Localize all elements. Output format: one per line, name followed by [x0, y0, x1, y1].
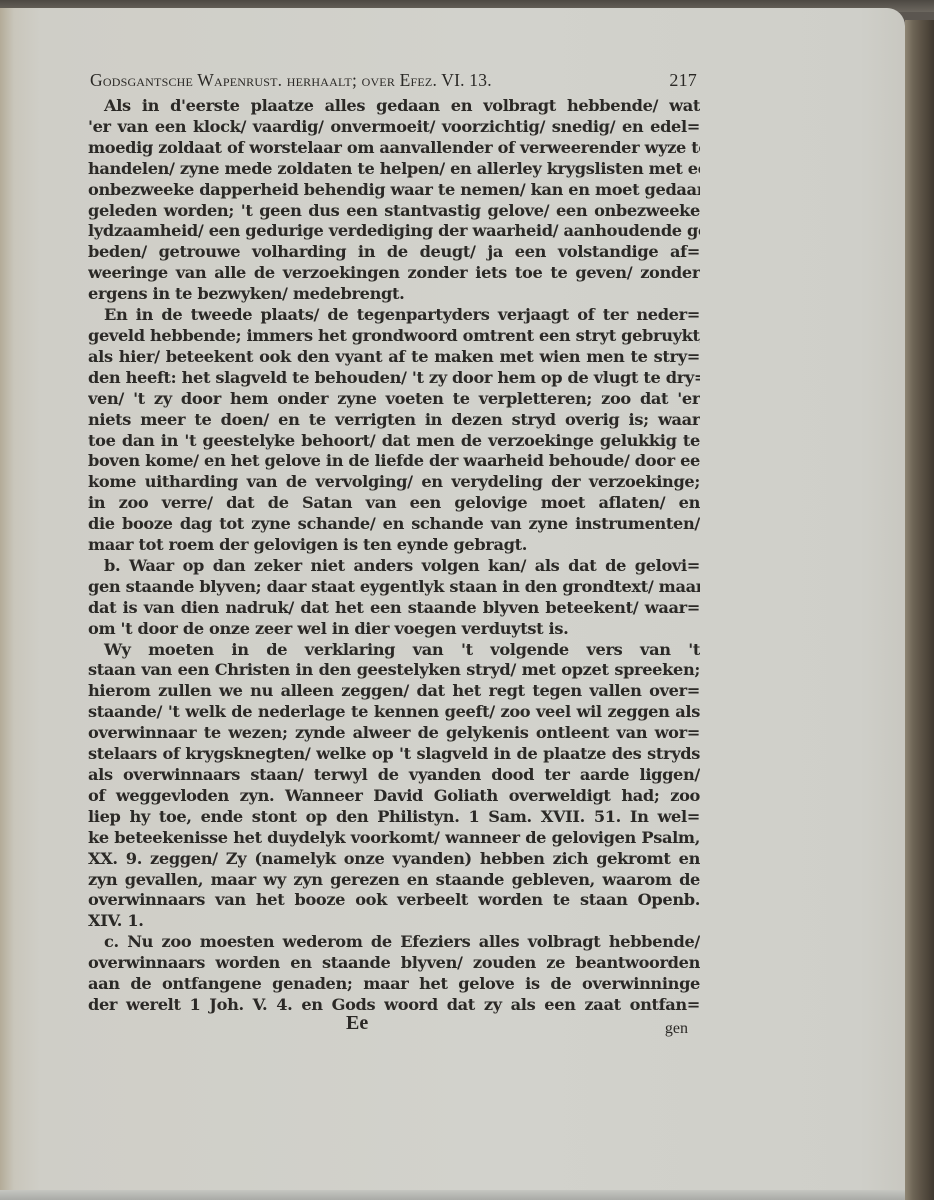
text-line: Wy moeten in de verklaring van 't volgen…: [88, 640, 700, 661]
signature-mark: Ee: [346, 1012, 368, 1035]
running-header-title: Godsgantsche Wapenrust. herhaalt; over E…: [90, 70, 492, 91]
text-line: XX. 9. zeggen/ Zy (namelyk onze vyanden)…: [88, 849, 700, 870]
text-line: in zoo verre/ dat de Satan van een gelov…: [88, 493, 700, 514]
text-line: stelaars of krygsknegten/ welke op 't sl…: [88, 744, 700, 765]
text-line: boven kome/ en het gelove in de liefde d…: [88, 451, 700, 472]
text-line: aan de ontfangene genaden; maar het gelo…: [88, 974, 700, 995]
book-binding-edge: [905, 20, 934, 1200]
text-line: als hier/ beteekent ook den vyant af te …: [88, 347, 700, 368]
text-line: om 't door de onze zeer wel in dier voeg…: [88, 619, 700, 640]
text-line: overwinnaars van het booze ook verbeelt …: [88, 890, 700, 911]
text-line: hierom zullen we nu alleen zeggen/ dat h…: [88, 681, 700, 702]
text-line: staande/ 't welk de nederlage te kennen …: [88, 702, 700, 723]
text-line: staan van een Christen in den geestelyke…: [88, 660, 700, 681]
page-footer: Ee gen: [88, 1012, 700, 1042]
text-line: onbezweeke dapperheid behendig waar te n…: [88, 180, 700, 201]
text-line: geveld hebbende; immers het grondwoord o…: [88, 326, 700, 347]
text-line: moedig zoldaat of worstelaar om aanvalle…: [88, 138, 700, 159]
text-line: lydzaamheid/ een gedurige verdediging de…: [88, 221, 700, 242]
body-text: Als in d'eerste plaatze alles gedaan en …: [88, 96, 700, 1016]
text-line: ke beteekenisse het duydelyk voorkomt/ w…: [88, 828, 700, 849]
text-line: liep hy toe, ende stont op den Philistyn…: [88, 807, 700, 828]
text-line: niets meer te doen/ en te verrigten in d…: [88, 410, 700, 431]
text-line: geleden worden; 't geen dus een stantvas…: [88, 201, 700, 222]
text-line: c. Nu zoo moesten wederom de Efeziers al…: [88, 932, 700, 953]
text-line: XIV. 1.: [88, 911, 700, 932]
text-line: beden/ getrouwe volharding in de deugt/ …: [88, 242, 700, 263]
text-line: zyn gevallen, maar wy zyn gerezen en sta…: [88, 870, 700, 891]
text-line: maar tot roem der gelovigen is ten eynde…: [88, 535, 700, 556]
text-line: die booze dag tot zyne schande/ en schan…: [88, 514, 700, 535]
text-line: toe dan in 't geestelyke behoort/ dat me…: [88, 431, 700, 452]
text-line: Als in d'eerste plaatze alles gedaan en …: [88, 96, 700, 117]
text-line: ergens in te bezwyken/ medebrengt.: [88, 284, 700, 305]
text-line: ven/ 't zy door hem onder zyne voeten te…: [88, 389, 700, 410]
text-line: of weggevloden zyn. Wanneer David Goliat…: [88, 786, 700, 807]
text-line: den heeft: het slagveld te behouden/ 't …: [88, 368, 700, 389]
text-line: b. Waar op dan zeker niet anders volgen …: [88, 556, 700, 577]
text-line: kome uitharding van de vervolging/ en ve…: [88, 472, 700, 493]
text-line: 'er van een klock/ vaardig/ onvermoeit/ …: [88, 117, 700, 138]
page-number: 217: [669, 70, 697, 91]
text-line: handelen/ zyne mede zoldaten te helpen/ …: [88, 159, 700, 180]
text-line: gen staande blyven; daar staat eygentlyk…: [88, 577, 700, 598]
text-line: als overwinnaars staan/ terwyl de vyande…: [88, 765, 700, 786]
text-line: overwinnaars worden en staande blyven/ z…: [88, 953, 700, 974]
running-header: Godsgantsche Wapenrust. herhaalt; over E…: [90, 70, 697, 91]
text-line: weeringe van alle de verzoekingen zonder…: [88, 263, 700, 284]
text-line: dat is van dien nadruk/ dat het een staa…: [88, 598, 700, 619]
text-line: overwinnaar te wezen; zynde alweer de ge…: [88, 723, 700, 744]
text-line: En in de tweede plaats/ de tegenpartyder…: [88, 305, 700, 326]
page-bottom-edge: [0, 1190, 905, 1200]
catchword: gen: [665, 1020, 688, 1038]
